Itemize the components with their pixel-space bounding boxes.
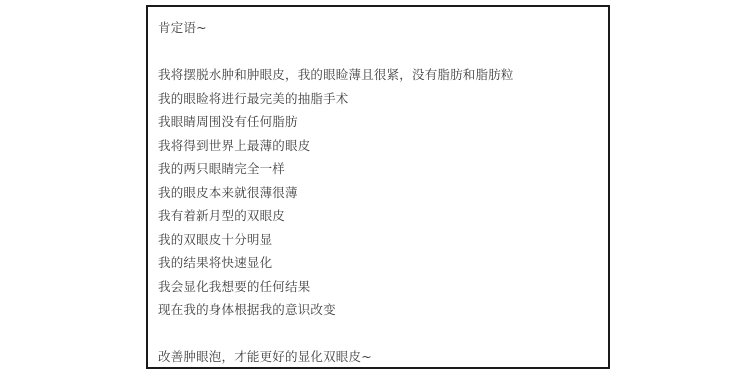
affirmation-line: 我的双眼皮十分明显	[158, 228, 600, 252]
blank-line	[158, 40, 600, 64]
document-body: 肯定语~ 我将摆脱水肿和肿眼皮，我的眼睑薄且很紧，没有脂肪和脂肪粒 我的眼睑将进…	[158, 16, 600, 369]
affirmation-line: 现在我的身体根据我的意识改变	[158, 298, 600, 322]
affirmation-line: 我眼睛周围没有任何脂肪	[158, 110, 600, 134]
affirmation-text-box: 肯定语~ 我将摆脱水肿和肿眼皮，我的眼睑薄且很紧，没有脂肪和脂肪粒 我的眼睑将进…	[146, 5, 610, 369]
closing-line: 改善肿眼泡，才能更好的显化双眼皮~	[158, 345, 600, 369]
affirmation-line: 我将得到世界上最薄的眼皮	[158, 134, 600, 158]
affirmation-line: 我的两只眼睛完全一样	[158, 157, 600, 181]
affirmation-line: 我的眼睑将进行最完美的抽脂手术	[158, 87, 600, 111]
affirmation-line: 我会显化我想要的任何结果	[158, 275, 600, 299]
affirmation-line: 我有着新月型的双眼皮	[158, 204, 600, 228]
affirmation-line: 我的眼皮本来就很薄很薄	[158, 181, 600, 205]
blank-line	[158, 322, 600, 346]
heading: 肯定语~	[158, 16, 600, 40]
affirmation-line: 我的结果将快速显化	[158, 251, 600, 275]
affirmation-line: 我将摆脱水肿和肿眼皮，我的眼睑薄且很紧，没有脂肪和脂肪粒	[158, 63, 600, 87]
